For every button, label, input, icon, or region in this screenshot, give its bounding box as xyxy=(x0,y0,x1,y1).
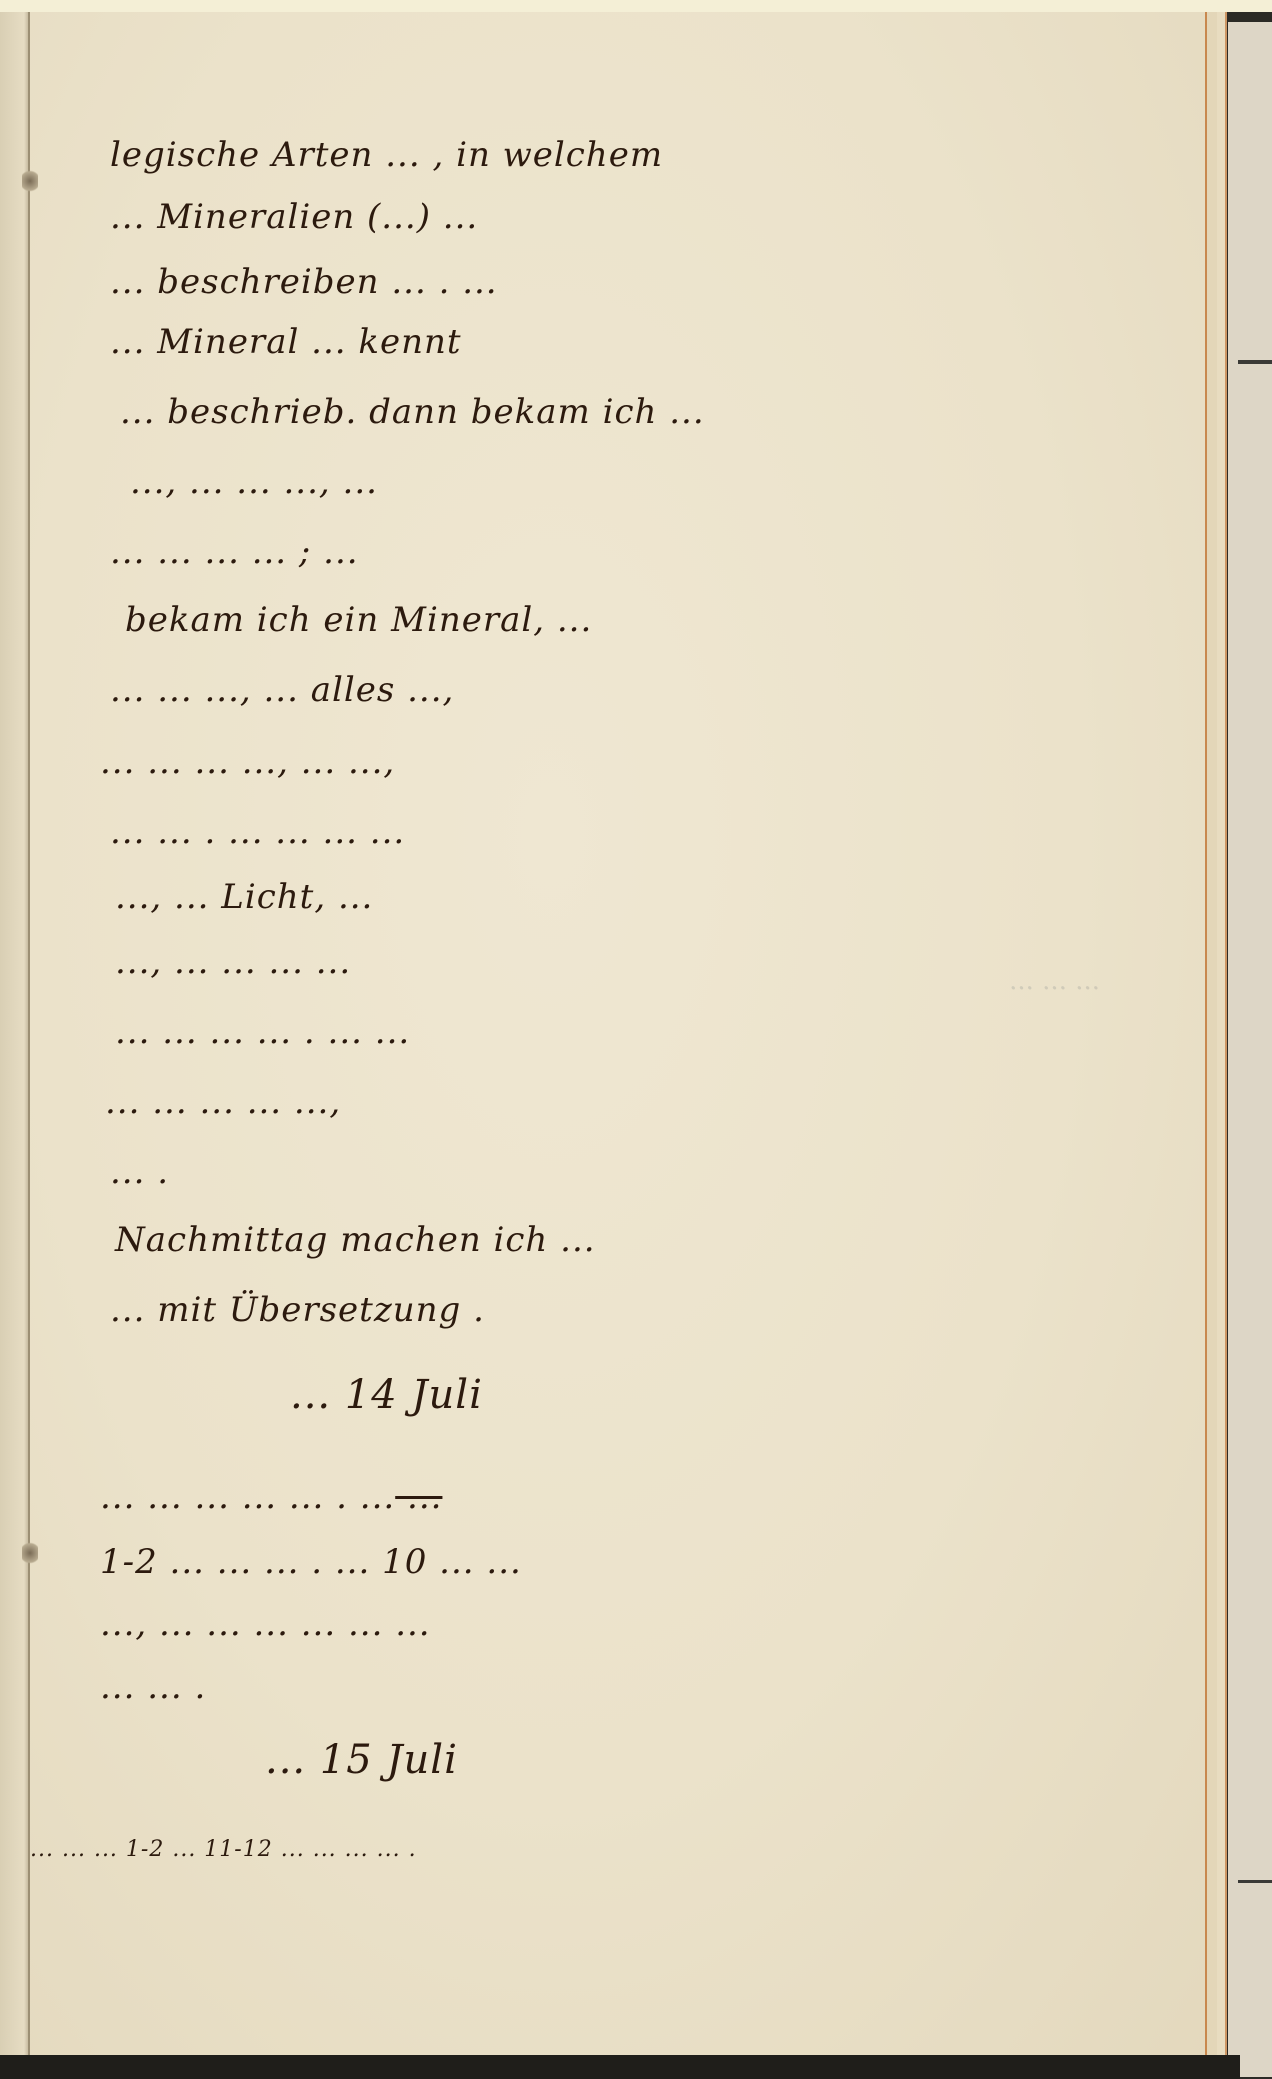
handwritten-line: Nachmittag machen ich ... xyxy=(115,1220,895,1260)
page-divider xyxy=(1238,360,1272,364)
handwritten-line: bekam ich ein Mineral, ... xyxy=(125,600,895,640)
binding-stitch-icon xyxy=(22,1540,38,1566)
date-heading: ... 15 Juli xyxy=(265,1737,595,1783)
binding-gutter xyxy=(0,12,30,2067)
handwritten-line: ... . xyxy=(110,1152,330,1192)
handwritten-line: ... ... ..., ... alles ..., xyxy=(110,670,880,710)
handwritten-line: ... beschreiben ... . ... xyxy=(110,262,890,302)
handwritten-line: ... ... ... ... ..., xyxy=(105,1082,885,1122)
handwritten-line: ... ... ... 1-2 ... 11-12 ... ... ... ..… xyxy=(30,1837,930,1862)
page-edge xyxy=(1217,12,1227,2067)
struck-through-word: ... xyxy=(395,1477,442,1517)
handwritten-line: ... ... ... ..., ... ..., xyxy=(100,742,880,782)
handwritten-line: ... ... ... ... ... . ... ... xyxy=(100,1477,900,1517)
bleed-through-text: ... ... ... xyxy=(930,960,1100,1120)
handwritten-line: ... ... ... ... . ... ... xyxy=(115,1012,895,1052)
binding-fold-line xyxy=(28,12,30,2067)
date-heading: ... 14 Juli xyxy=(290,1372,720,1418)
handwritten-line: ..., ... ... ... ... xyxy=(115,942,895,982)
handwritten-line: ... mit Übersetzung . xyxy=(110,1290,770,1330)
handwritten-line: ..., ... ... ..., ... xyxy=(130,462,890,502)
binding-stitch-icon xyxy=(22,168,38,194)
handwritten-line: ... ... ... ... ; ... xyxy=(110,532,900,572)
page-divider xyxy=(1238,1880,1272,1883)
handwritten-line: ..., ... ... ... ... ... ... xyxy=(100,1604,880,1644)
handwritten-line: ... Mineralien (...) ... xyxy=(110,197,900,237)
handwritten-line: ... Mineral ... kennt xyxy=(110,322,900,362)
handwritten-line: ..., ... Licht, ... xyxy=(115,877,895,917)
handwritten-line: ... beschrieb. dann bekam ich ... xyxy=(120,392,880,432)
scan-bottom-border xyxy=(0,2055,1240,2079)
underlying-pages xyxy=(1228,22,1272,2077)
handwritten-line: ... ... . ... ... ... ... xyxy=(110,812,880,852)
handwritten-line: legische Arten ... , in welchem xyxy=(110,135,900,175)
handwritten-line: ... ... . xyxy=(100,1667,400,1707)
scan-top-border xyxy=(0,0,1272,12)
handwritten-line: 1-2 ... ... ... . ... 10 ... ... xyxy=(100,1542,880,1582)
